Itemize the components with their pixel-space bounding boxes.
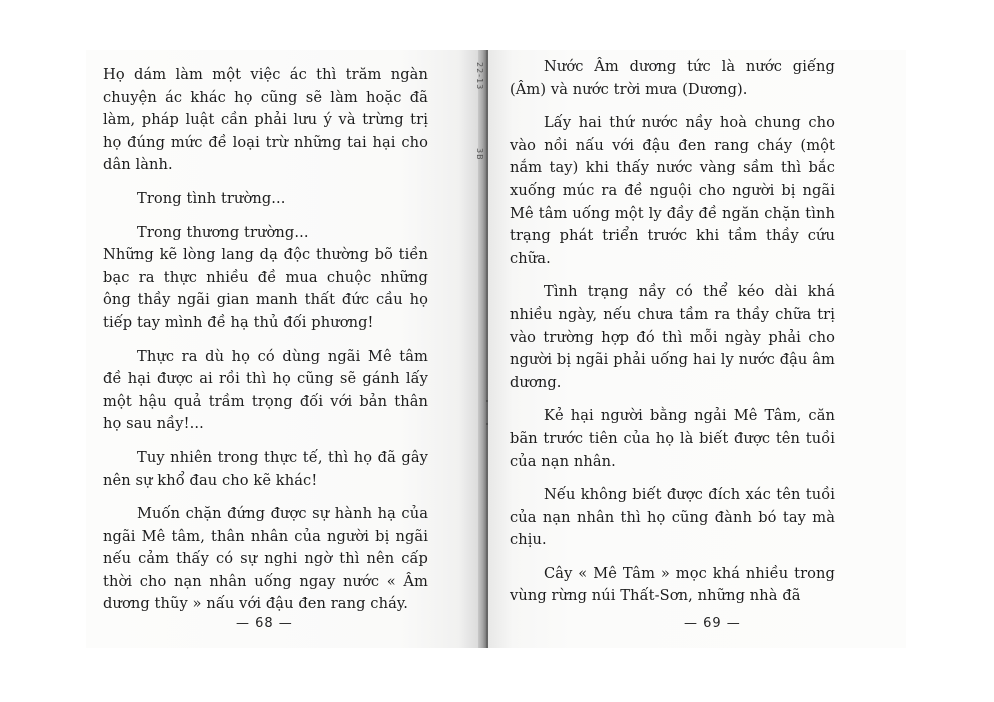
- paragraph: Trong tình trường...: [103, 188, 428, 211]
- paragraph: Tuy nhiên trong thực tế, thì họ đã gây n…: [103, 447, 428, 492]
- paragraph: Lấy hai thứ nước nầy hoà chung cho vào n…: [510, 112, 835, 270]
- right-page-body: Nước Âm dương tức là nước giếng (Âm) và …: [510, 56, 835, 608]
- paragraph: Tình trạng nầy có thể kéo dài khá nhiều …: [510, 281, 835, 394]
- paragraph: Thực ra dù họ có dùng ngãi Mê tâm đề hại…: [103, 346, 428, 436]
- paragraph: Nước Âm dương tức là nước giếng (Âm) và …: [510, 56, 835, 101]
- paragraph: Nếu không biết được đích xác tên tuồi củ…: [510, 484, 835, 552]
- page-number-left: — 68 —: [236, 616, 293, 631]
- paragraph: Kẻ hại người bằng ngải Mê Tâm, căn bãn t…: [510, 405, 835, 473]
- right-page: Nước Âm dương tức là nước giếng (Âm) và …: [488, 50, 906, 648]
- paragraph: Trong thương trường...: [103, 222, 428, 245]
- book-spine: [478, 50, 488, 648]
- paragraph: Muốn chặn đứng được sự hành hạ của ngãi …: [103, 503, 428, 616]
- paragraph: Những kẽ lòng lang dạ độc thường bõ tiền…: [103, 244, 428, 334]
- spine-mark: 22-13: [475, 62, 484, 90]
- paragraph: Họ dám làm một việc ác thì trăm ngàn chu…: [103, 64, 428, 177]
- paragraph: Cây « Mê Tâm » mọc khá nhiều trong vùng …: [510, 563, 835, 608]
- left-page-body: Họ dám làm một việc ác thì trăm ngàn chu…: [103, 64, 428, 616]
- left-page: Họ dám làm một việc ác thì trăm ngàn chu…: [86, 50, 478, 648]
- book-spread: Họ dám làm một việc ác thì trăm ngàn chu…: [86, 50, 906, 648]
- spine-mark: 3B: [475, 148, 484, 161]
- page-number-right: — 69 —: [684, 616, 741, 631]
